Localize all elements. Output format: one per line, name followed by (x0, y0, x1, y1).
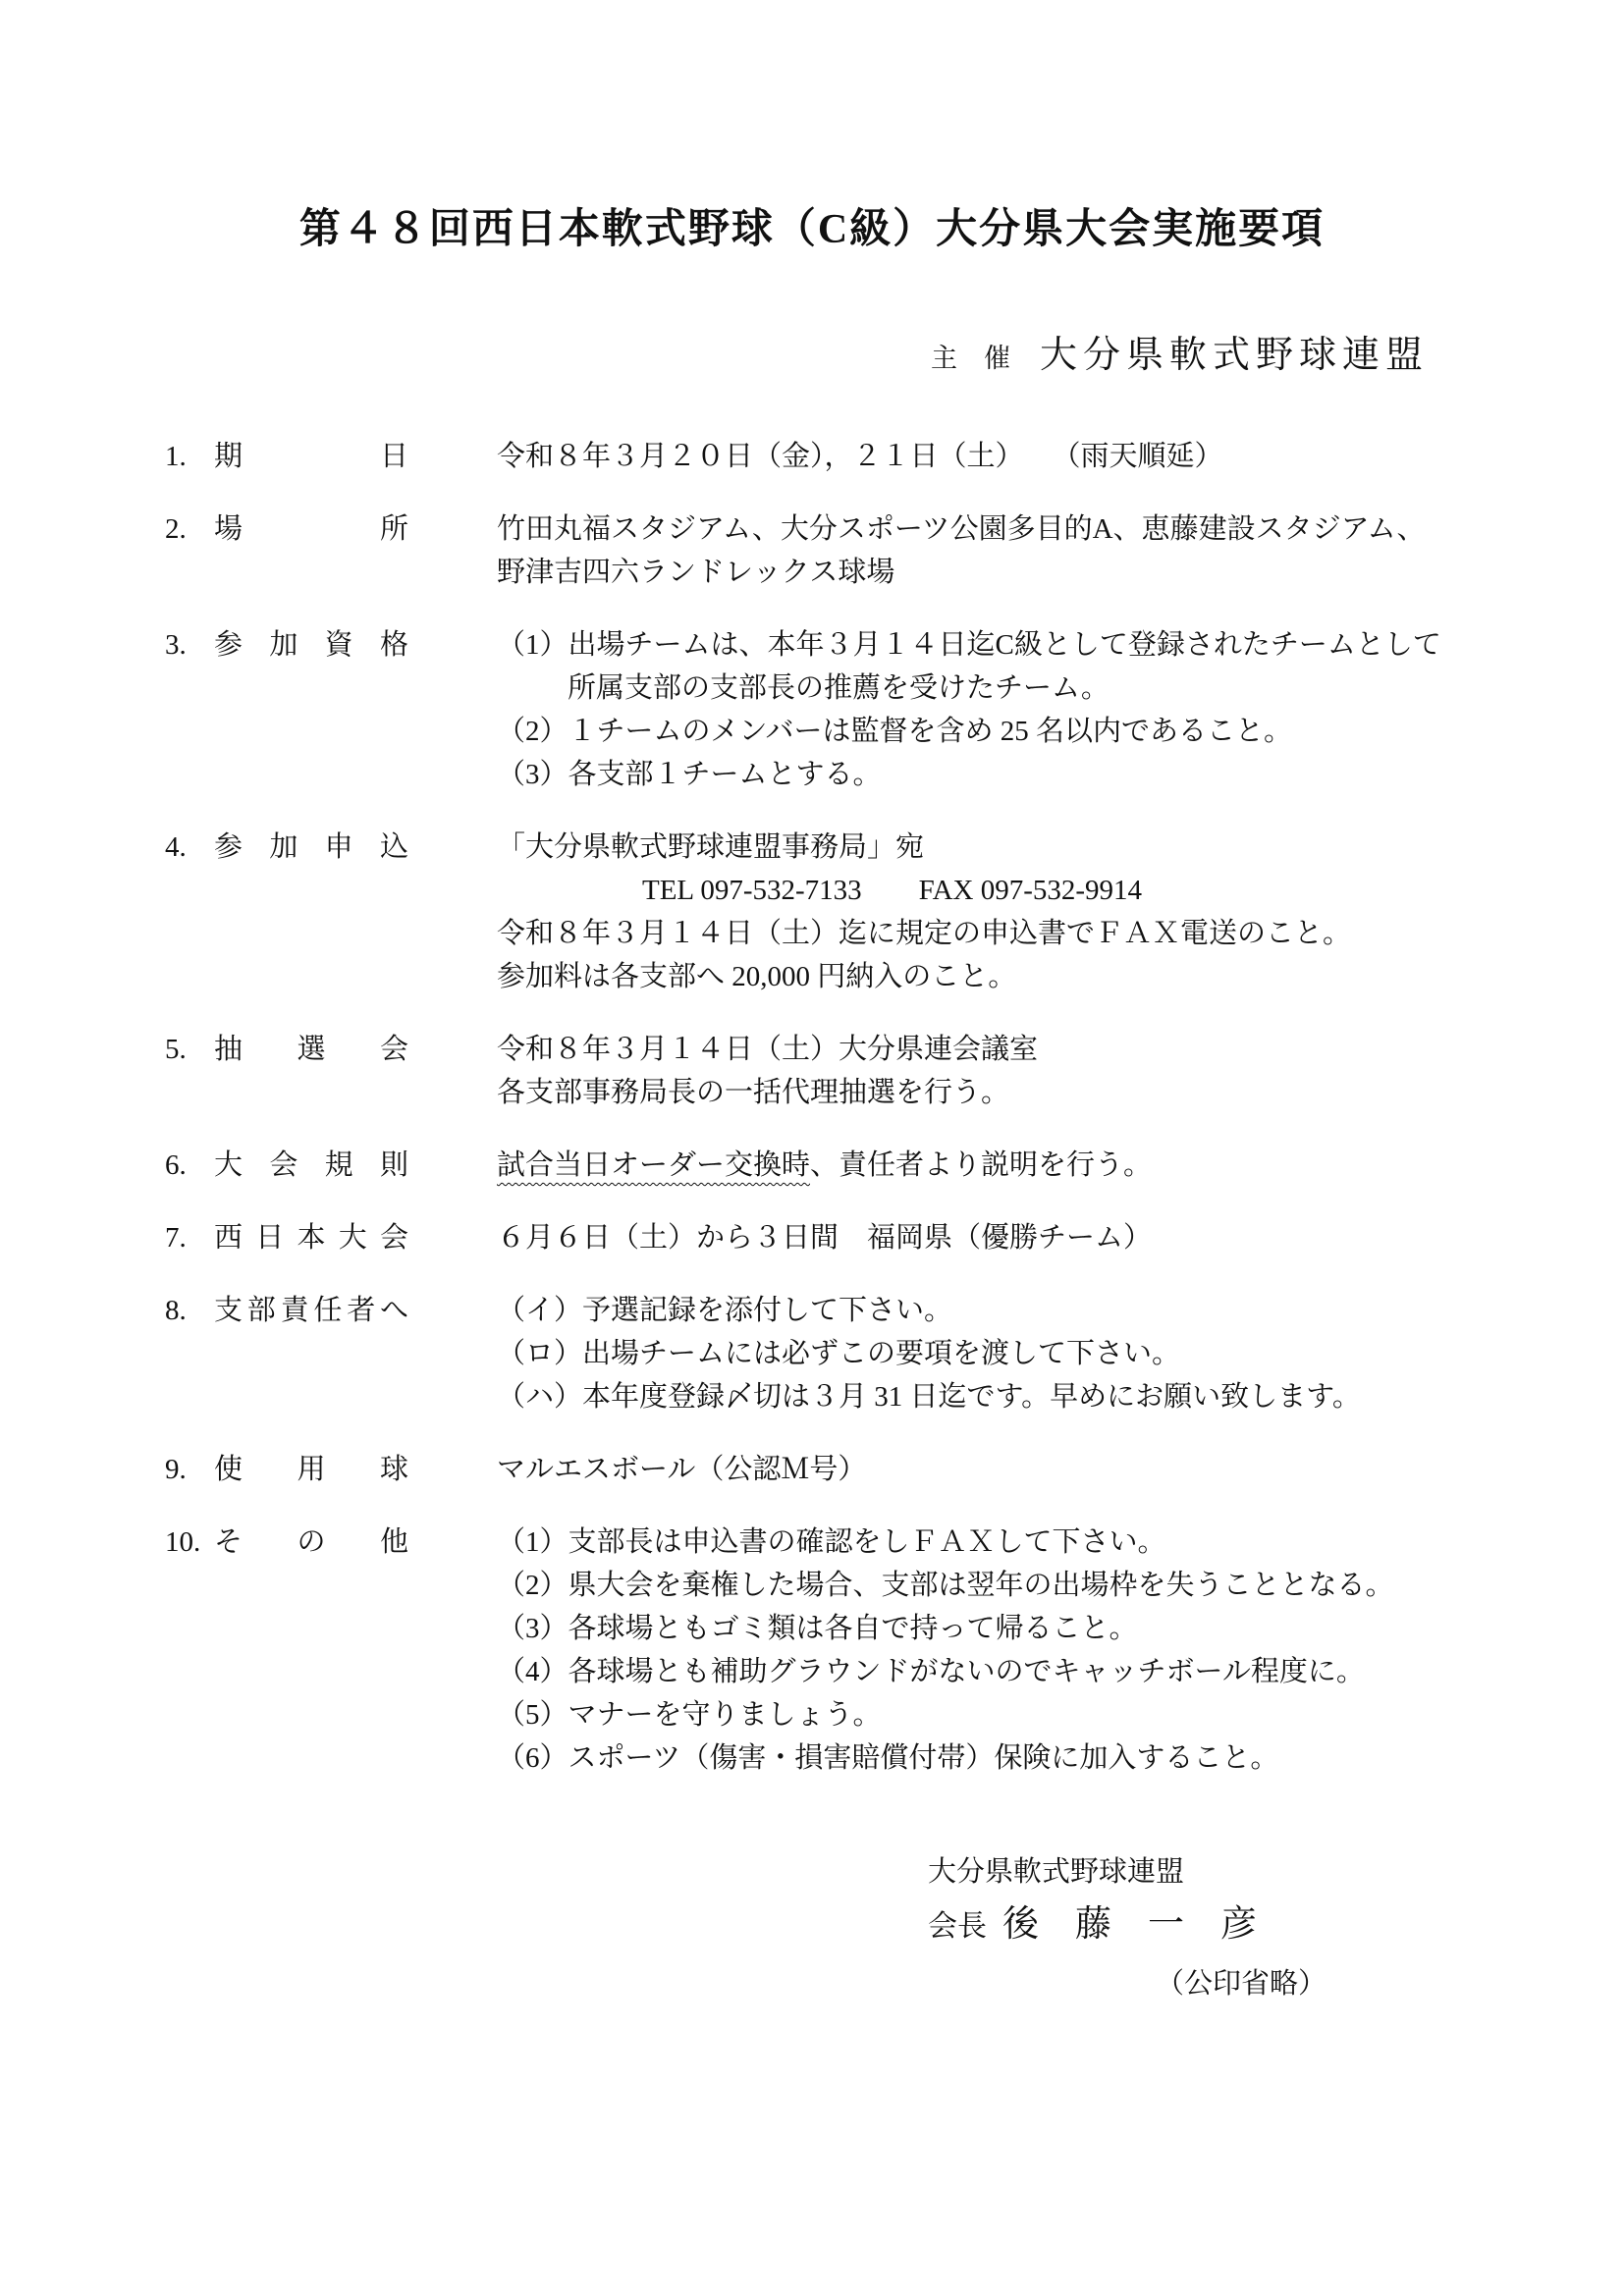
item-line: （1）出場チームは、本年３月１４日迄C級として登録されたチームとして (497, 623, 1624, 667)
item-line: ６月６日（土）から３日間 福岡県（優勝チーム） (497, 1216, 1624, 1259)
item-number: 9. (165, 1448, 214, 1491)
item-line: （2）１チームのメンバーは監督を含め 25 名以内であること。 (497, 710, 1624, 753)
item-line: （3）各支部１チームとする。 (497, 753, 1624, 796)
item-row-ball: 9. 使用球 マルエスボール（公認Ｍ号） (165, 1448, 1624, 1491)
item-row-venue: 2. 場所 竹田丸福スタジアム、大分スポーツ公園多目的A、恵藤建設スタジアム、 … (165, 507, 1624, 594)
item-label: 場所 (214, 507, 408, 551)
item-label: 参加申込 (214, 826, 408, 869)
item-line: （5）マナーを守りましょう。 (497, 1693, 1624, 1736)
item-row-west-japan: 7. 西日本大会 ６月６日（土）から３日間 福岡県（優勝チーム） (165, 1216, 1624, 1259)
item-line: 竹田丸福スタジアム、大分スポーツ公園多目的A、恵藤建設スタジアム、 (497, 507, 1624, 551)
document-page: 第４８回西日本軟式野球（C級）大分県大会実施要項 主 催 大分県軟式野球連盟 1… (0, 204, 1624, 2005)
organizer-label: 主 催 (931, 337, 1010, 380)
item-label: 西日本大会 (214, 1216, 408, 1259)
item-row-rules: 6. 大会規則 試合当日オーダー交換時、責任者より説明を行う。 (165, 1144, 1624, 1187)
item-line: （2）県大会を棄権した場合、支部は翌年の出場枠を失うこととなる。 (497, 1564, 1624, 1607)
item-line-rest: 、責任者より説明を行う。 (810, 1149, 1152, 1181)
item-line: 所属支部の支部長の推薦を受けたチーム。 (497, 667, 1624, 710)
item-content: 竹田丸福スタジアム、大分スポーツ公園多目的A、恵藤建設スタジアム、 野津吉四六ラ… (497, 507, 1624, 594)
item-number: 4. (165, 826, 214, 869)
item-number: 8. (165, 1289, 214, 1332)
item-line: （4）各球場とも補助グラウンドがないのでキャッチボール程度に。 (497, 1650, 1624, 1693)
item-line: 各支部事務局長の一括代理抽選を行う。 (497, 1071, 1624, 1114)
item-line: 試合当日オーダー交換時、責任者より説明を行う。 (497, 1144, 1624, 1187)
item-row-lottery: 5. 抽選会 令和８年３月１４日（土）大分県連会議室 各支部事務局長の一括代理抽… (165, 1028, 1624, 1114)
item-number: 1. (165, 435, 214, 478)
item-number: 5. (165, 1028, 214, 1071)
footer-signature-row: 会長 後 藤 一 彦 (928, 1903, 1624, 1949)
item-line: 令和８年３月２０日（金），２１日（土） （雨天順延） (497, 435, 1624, 478)
item-label: 使用球 (214, 1448, 408, 1491)
item-content: 「大分県軟式野球連盟事務局」宛 TEL 097-532-7133 FAX 097… (497, 826, 1624, 998)
items-list: 1. 期日 令和８年３月２０日（金），２１日（土） （雨天順延） 2. 場所 竹… (0, 435, 1624, 1780)
item-number: 3. (165, 623, 214, 667)
item-content: （1）出場チームは、本年３月１４日迄C級として登録されたチームとして 所属支部の… (497, 623, 1624, 796)
item-line: 「大分県軟式野球連盟事務局」宛 (497, 826, 1624, 869)
item-number: 7. (165, 1216, 214, 1259)
item-line: （6）スポーツ（傷害・損害賠償付帯）保険に加入すること。 (497, 1736, 1624, 1780)
item-line: マルエスボール（公認Ｍ号） (497, 1448, 1624, 1491)
organizer-name: 大分県軟式野球連盟 (1040, 334, 1429, 377)
item-line: （3）各球場ともゴミ類は各自で持って帰ること。 (497, 1607, 1624, 1650)
item-row-misc: 10. その他 （1）支部長は申込書の確認をしＦＡＸして下さい。 （2）県大会を… (165, 1521, 1624, 1780)
footer-chairman-name: 後 藤 一 彦 (1002, 1903, 1257, 1947)
item-content: 試合当日オーダー交換時、責任者より説明を行う。 (497, 1144, 1624, 1187)
item-label: 大会規則 (214, 1144, 408, 1187)
item-line: （イ）予選記録を添付して下さい。 (497, 1289, 1624, 1332)
footer-block: 大分県軟式野球連盟 会長 後 藤 一 彦 （公印省略） (0, 1850, 1624, 2005)
document-title: 第４８回西日本軟式野球（C級）大分県大会実施要項 (0, 204, 1624, 255)
item-label: その他 (214, 1521, 408, 1564)
item-line: （ハ）本年度登録〆切は３月 31 日迄です。早めにお願い致します。 (497, 1375, 1624, 1418)
item-row-date: 1. 期日 令和８年３月２０日（金），２１日（土） （雨天順延） (165, 435, 1624, 478)
item-row-application: 4. 参加申込 「大分県軟式野球連盟事務局」宛 TEL 097-532-7133… (165, 826, 1624, 998)
item-line: 令和８年３月１４日（土）大分県連会議室 (497, 1028, 1624, 1071)
item-line: 令和８年３月１４日（土）迄に規定の申込書でＦＡＸ電送のこと。 (497, 912, 1624, 955)
item-number: 10. (165, 1521, 214, 1564)
item-content: 令和８年３月２０日（金），２１日（土） （雨天順延） (497, 435, 1624, 478)
footer-role-label: 会長 (928, 1905, 987, 1949)
item-label: 期日 (214, 435, 408, 478)
item-number: 2. (165, 507, 214, 551)
item-row-eligibility: 3. 参加資格 （1）出場チームは、本年３月１４日迄C級として登録されたチームと… (165, 623, 1624, 796)
item-content: （1）支部長は申込書の確認をしＦＡＸして下さい。 （2）県大会を棄権した場合、支… (497, 1521, 1624, 1780)
item-label: 支部責任者へ (214, 1289, 408, 1332)
item-line-tel-fax: TEL 097-532-7133 FAX 097-532-9914 (497, 869, 1624, 912)
item-number: 6. (165, 1144, 214, 1187)
item-content: （イ）予選記録を添付して下さい。 （ロ）出場チームには必ずこの要項を渡して下さい… (497, 1289, 1624, 1418)
item-line: （1）支部長は申込書の確認をしＦＡＸして下さい。 (497, 1521, 1624, 1564)
item-row-branch-managers: 8. 支部責任者へ （イ）予選記録を添付して下さい。 （ロ）出場チームには必ずこ… (165, 1289, 1624, 1418)
item-line: （ロ）出場チームには必ずこの要項を渡して下さい。 (497, 1332, 1624, 1375)
footer-org: 大分県軟式野球連盟 (928, 1850, 1624, 1894)
item-content: マルエスボール（公認Ｍ号） (497, 1448, 1624, 1491)
item-label: 抽選会 (214, 1028, 408, 1071)
item-label: 参加資格 (214, 623, 408, 667)
item-line: 野津吉四六ランドレックス球場 (497, 551, 1624, 594)
item-content: 令和８年３月１４日（土）大分県連会議室 各支部事務局長の一括代理抽選を行う。 (497, 1028, 1624, 1114)
footer-seal-note: （公印省略） (928, 1962, 1624, 2005)
organizer-row: 主 催 大分県軟式野球連盟 (0, 334, 1624, 380)
item-content: ６月６日（土）から３日間 福岡県（優勝チーム） (497, 1216, 1624, 1259)
wavy-underlined-text: 試合当日オーダー交換時 (497, 1149, 810, 1181)
item-line: 参加料は各支部へ 20,000 円納入のこと。 (497, 955, 1624, 998)
